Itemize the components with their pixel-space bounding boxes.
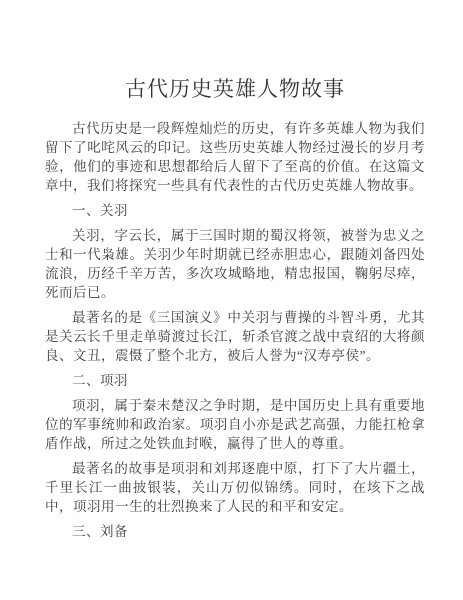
document-title: 古代历史英雄人物故事 [45,76,425,102]
paragraph-xiangyu-1: 项羽，属于秦末楚汉之争时期，是中国历史上具有重要地位的军事统帅和政治家。项羽自小… [45,396,425,453]
section-heading-xiangyu: 二、项羽 [45,371,425,390]
intro-paragraph: 古代历史是一段辉煌灿烂的历史，有许多英雄人物为我们留下了叱咤风云的印记。这些历史… [45,119,425,195]
section-heading-liubei: 三、刘备 [45,522,425,541]
paragraph-xiangyu-2: 最著名的故事是项羽和刘邦逐鹿中原，打下了大片疆土，千里长江一曲披银装，关山万仞似… [45,459,425,516]
paragraph-guanyu-1: 关羽，字云长，属于三国时期的蜀汉将领，被誉为忠义之士和一代枭雄。关羽少年时期就已… [45,226,425,302]
section-heading-guanyu: 一、关羽 [45,201,425,220]
document-page: 古代历史英雄人物故事 古代历史是一段辉煌灿烂的历史，有许多英雄人物为我们留下了叱… [0,0,463,600]
paragraph-guanyu-2: 最著名的是《三国演义》中关羽与曹操的斗智斗勇，尤其是关云长千里走单骑渡过长江，斩… [45,308,425,365]
